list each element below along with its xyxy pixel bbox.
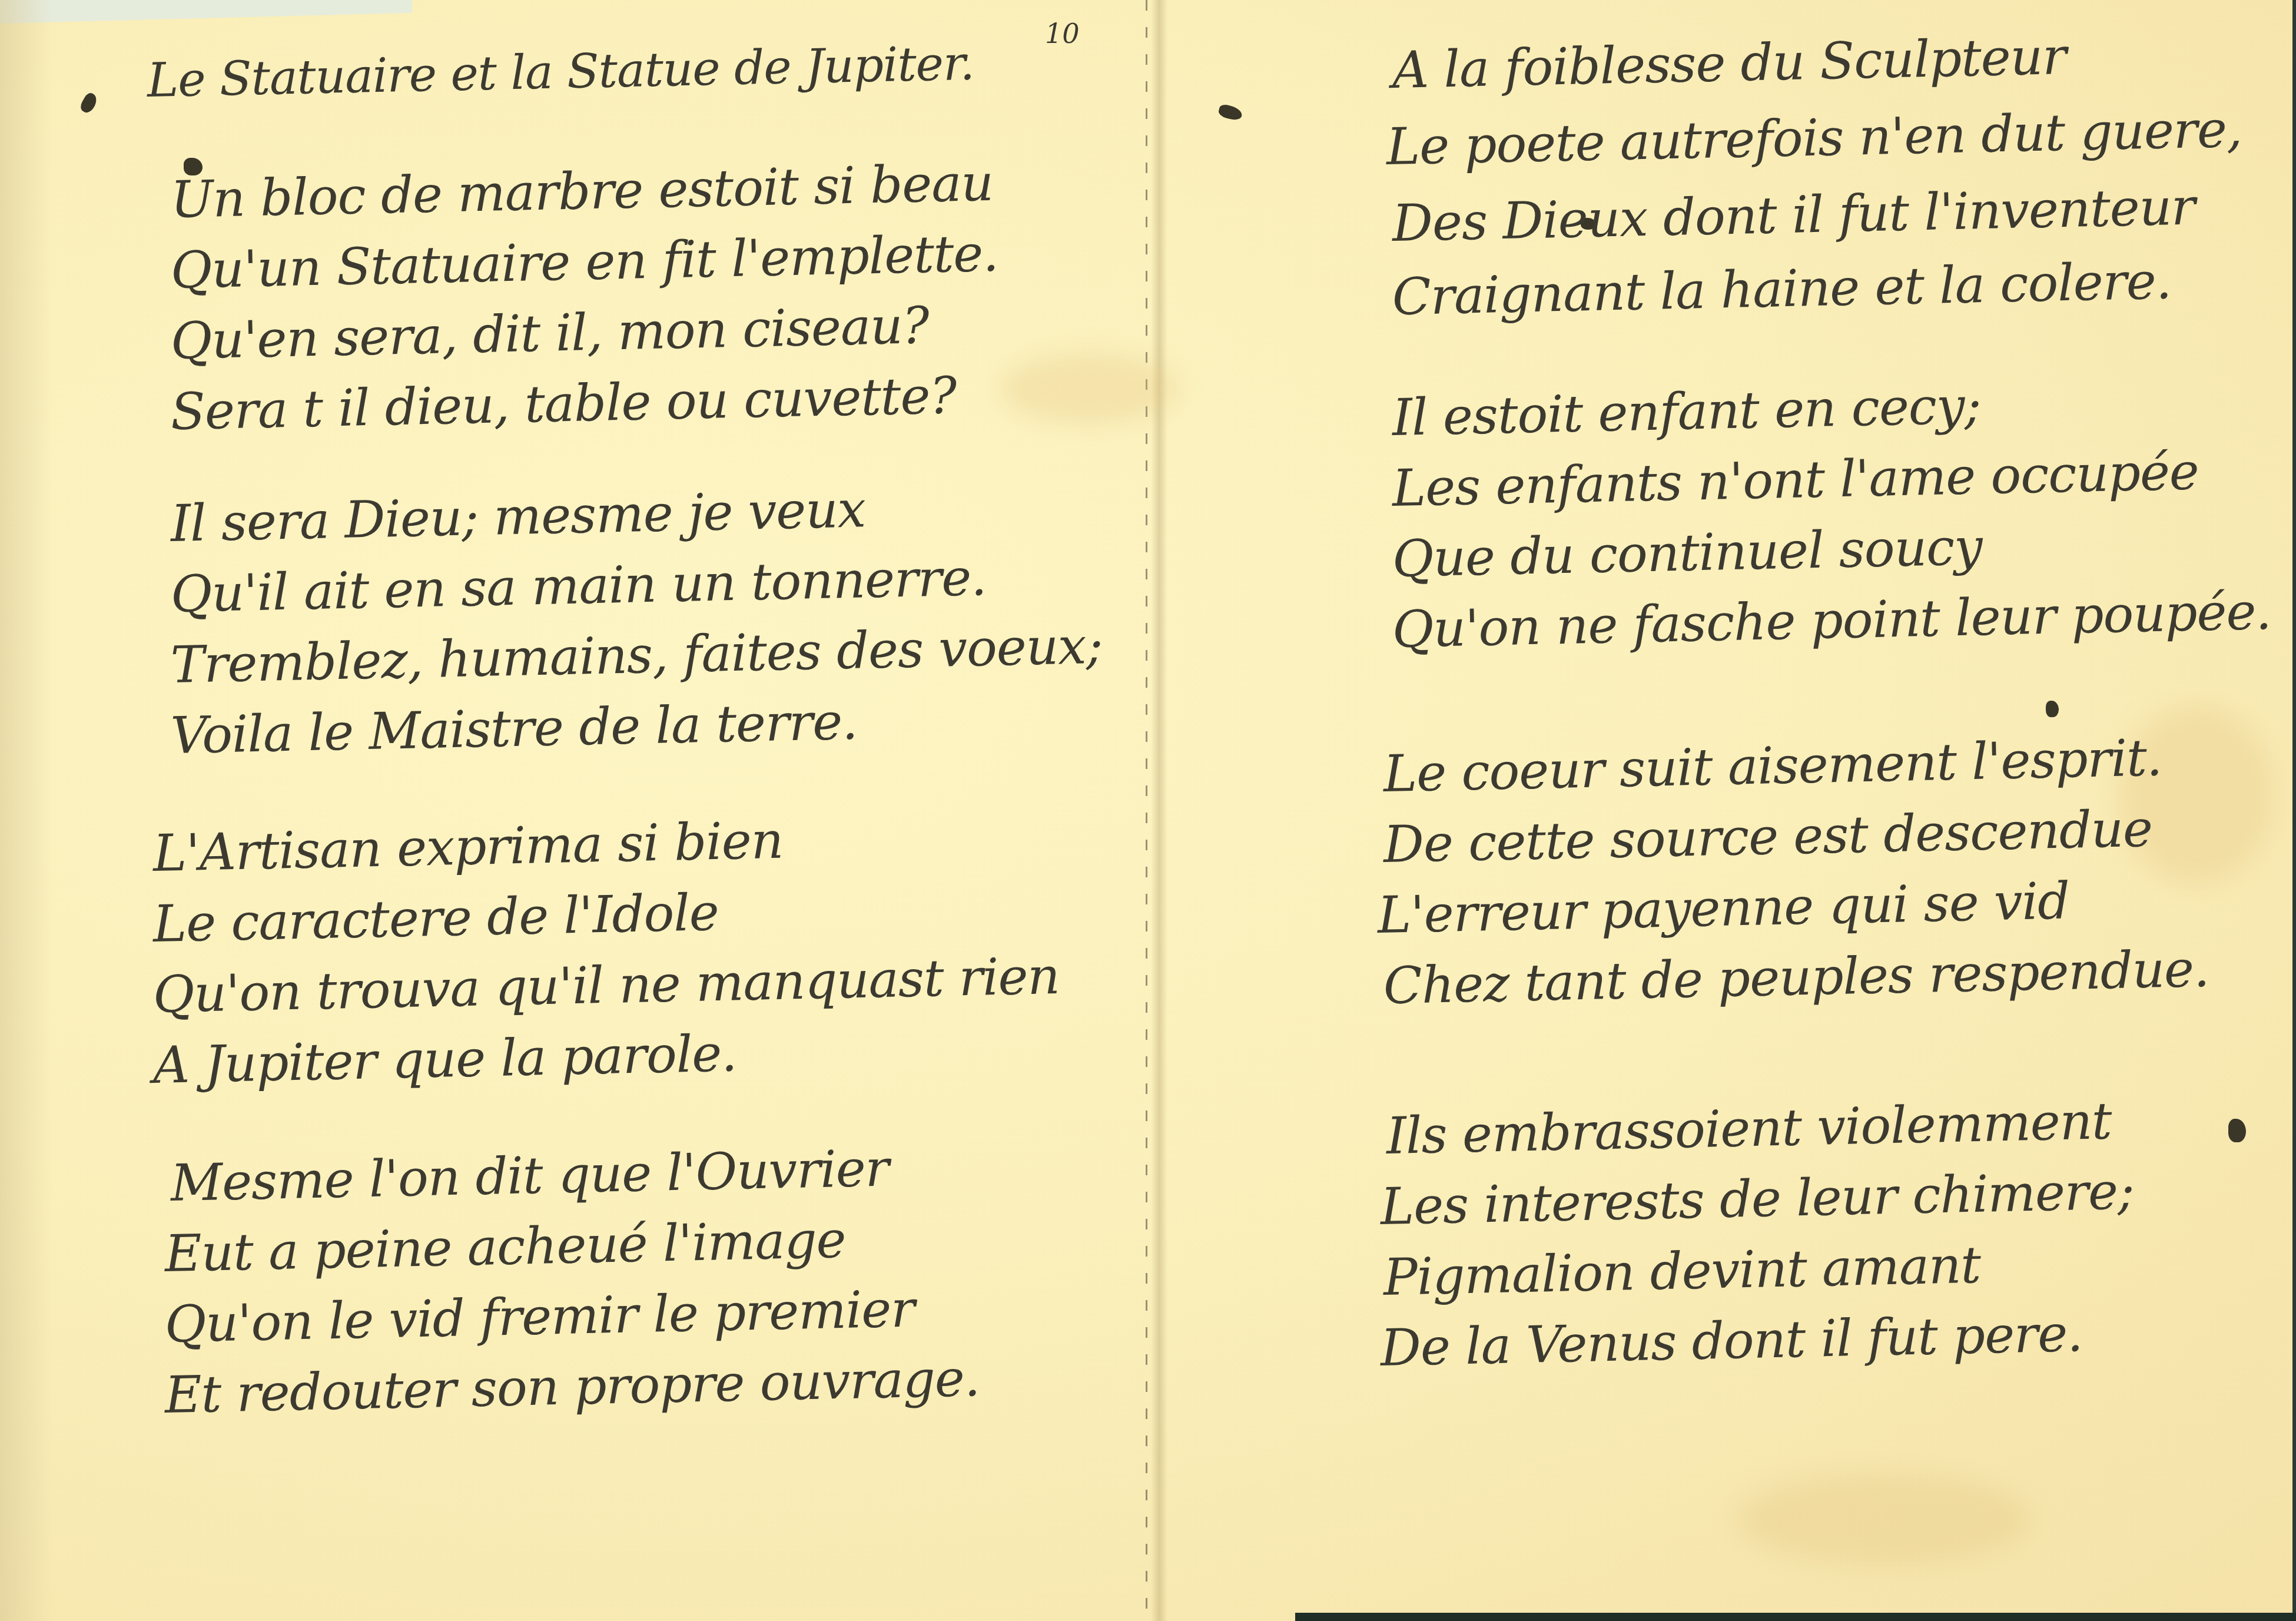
verse-line: Sera t il dieu, table ou cuvette? [170,366,957,442]
verse-line: Qu'on le vid fremir le premier [164,1279,915,1354]
ink-blot [78,91,99,115]
poem-title: Le Statuaire et la Statue de Jupiter. [147,36,975,108]
verse-line: Qu'un Statuaire en fit l'emplette. [170,224,998,300]
verse-line: Que du continuel soucy [1392,518,1983,589]
verse-line: Qu'on trouva qu'il ne manquast rien [152,947,1060,1025]
verse-line: Chez tant de peuples respendue. [1383,940,2209,1016]
ink-blot [2228,1119,2246,1142]
verse-line: A la foiblesse du Sculpteur [1392,27,2066,100]
verse-line: Qu'il ait en sa main un tonnerre. [170,548,987,624]
verse-line: Les enfants n'ont l'ame occupée [1392,442,2199,518]
verse-line: Pigmalion devint amant [1383,1236,1981,1307]
verse-line: Des Dieux dont il fut l'inventeur [1392,177,2195,253]
verse-line: L'Artisan exprima si bien [152,811,784,883]
verse-line: Il sera Dieu; mesme je veux [170,480,866,553]
book-gutter [1151,0,1167,1621]
verse-line: Le coeur suit aisement l'esprit. [1383,728,2162,804]
verse-line: De la Venus dont il fut pere. [1380,1304,2083,1378]
verse-line: A Jupiter que la parole. [152,1024,737,1095]
verse-line: De cette source est descendue [1383,800,2153,874]
verse-line: Mesme l'on dit que l'Ouvrier [170,1139,890,1213]
page-number: 10 [1045,18,1080,49]
right-page: A la foiblesse du Sculpteur Le poete aut… [1169,0,2296,1621]
verse-line: Qu'en sera, dit il, mon ciseau? [170,296,930,371]
manuscript-spread: 10 Le Statuaire et la Statue de Jupiter.… [0,0,2296,1621]
verse-line: Et redouter son propre ouvrage. [164,1349,980,1425]
verse-line: Les interests de leur chimere; [1380,1162,2135,1237]
verse-line: Le poete autrefois n'en dut guere, [1386,100,2242,177]
verse-line: Voila le Maistre de la terre. [170,692,858,765]
verse-line: Qu'on ne fasche point leur poupée. [1392,582,2272,659]
verse-line: Le caractere de l'Idole [152,883,719,954]
verse-line: L'erreur payenne qui se vid [1377,871,2070,945]
verse-line: Ils embrassoient violemment [1386,1092,2112,1166]
left-page: 10 Le Statuaire et la Statue de Jupiter.… [0,0,1148,1621]
ink-blot [2046,701,2059,717]
verse-line: Un bloc de marbre estoit si beau [170,154,994,230]
verse-line: Eut a peine acheué l'image [164,1211,846,1284]
verse-line: Tremblez, humains, faites des voeux; [170,616,1103,695]
verse-line: Craignant la haine et la colere. [1392,251,2172,327]
verse-line: Il estoit enfant en cecy; [1392,376,1982,447]
ink-blot [1217,103,1243,122]
